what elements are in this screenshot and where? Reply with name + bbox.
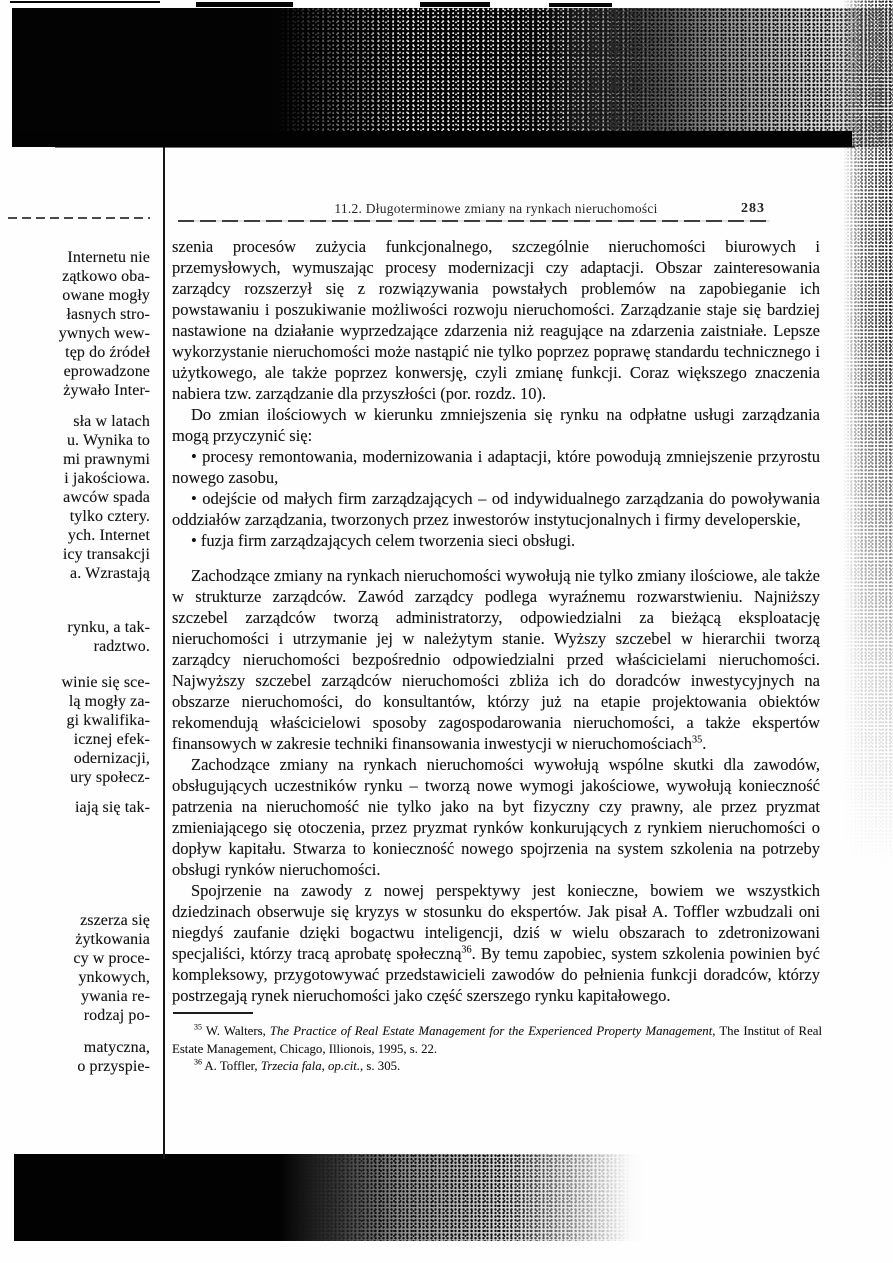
margin-fragment-line: ywania re-: [2, 987, 150, 1006]
margin-fragment-line: awców spada: [2, 488, 150, 507]
scan-noise-grain: [843, 0, 893, 930]
margin-fragment-line: lą mogły za-: [2, 692, 150, 711]
margin-fragment-group: zszerza siężytkowaniacy w proce-ynkowych…: [2, 911, 150, 1025]
margin-fragment-line: ury społecz-: [2, 768, 150, 787]
margin-fragment-line: icy transakcji: [2, 545, 150, 564]
margin-fragment-group: iają się tak-: [2, 798, 150, 817]
margin-fragment-line: rynku, a tak-: [2, 618, 150, 637]
margin-fragment-line: ywnych wew-: [2, 324, 150, 343]
margin-fragment-line: u. Wynika to: [2, 431, 150, 450]
margin-fragment-line: o przyspie-: [2, 1057, 150, 1076]
bullet-item: • procesy remontowania, modernizowania i…: [172, 446, 820, 488]
scan-band-underline: [55, 146, 855, 148]
footnote-marker: 35: [194, 1023, 202, 1032]
paragraph: szenia procesów zużycia funkcjonalnego, …: [172, 236, 820, 404]
body-col: szenia procesów zużycia funkcjonalnego, …: [172, 236, 820, 1006]
margin-fragment-group: matyczna,o przyspie-: [2, 1038, 150, 1076]
margin-fragment-line: mi prawnymi: [2, 450, 150, 469]
paragraph: Zachodzące zmiany na rynkach nieruchomoś…: [172, 754, 820, 880]
scan-noise-right-edge: [843, 0, 893, 930]
margin-fragment-line: iają się tak-: [2, 798, 150, 817]
footnote: 36 A. Toffler, Trzecia fala, op.cit., s.…: [172, 1058, 822, 1076]
margin-fragment-line: Internetu nie: [2, 248, 150, 267]
footnote-ref: 36: [461, 945, 471, 956]
margin-fragment-group: winie się sce-lą mogły za-gi kwalifika-i…: [2, 673, 150, 787]
margin-fragment-line: łasnych stro-: [2, 305, 150, 324]
margin-fragment-line: matyczna,: [2, 1038, 150, 1057]
paragraph: Zachodzące zmiany na rynkach nieruchomoś…: [172, 565, 820, 754]
margin-fragment-line: ych. Internet: [2, 526, 150, 545]
margin-fragment-line: żywało Inter-: [2, 381, 150, 400]
footnote-list: 35 W. Walters, The Practice of Real Esta…: [172, 1023, 822, 1076]
margin-fragment-line: i jakościowa.: [2, 469, 150, 488]
margin-fragment-line: sła w latach: [2, 412, 150, 431]
margin-fragment-line: cy w proce-: [2, 949, 150, 968]
margin-fragment-line: tylko cztery.: [2, 507, 150, 526]
header-rule: [178, 220, 770, 222]
footnote-rule: [173, 1012, 253, 1014]
page-header: 11.2. Długoterminowe zmiany na rynkach n…: [172, 201, 820, 217]
margin-col: Internetu niezątkowo oba-owane mogłyłasn…: [0, 0, 153, 1263]
margin-fragment-line: ynkowych,: [2, 968, 150, 987]
footnote-marker: 36: [194, 1058, 202, 1067]
footnote: 35 W. Walters, The Practice of Real Esta…: [172, 1023, 822, 1058]
margin-fragment-line: radztwo.: [2, 637, 150, 656]
margin-fragment-line: a. Wzrastają: [2, 564, 150, 583]
page-number: 283: [741, 201, 765, 217]
scan-artifact-dash: [549, 3, 612, 7]
margin-fragment-line: owane mogły: [2, 286, 150, 305]
paragraph: Spojrzenie na zawody z nowej perspektywy…: [172, 880, 820, 1006]
footnote-ref: 35: [692, 735, 702, 746]
margin-fragment-line: zszerza się: [2, 911, 150, 930]
margin-fragment-line: icznej efek-: [2, 730, 150, 749]
margin-fragment-line: odernizacji,: [2, 749, 150, 768]
footnotes: 35 W. Walters, The Practice of Real Esta…: [172, 1012, 822, 1076]
margin-fragment-line: gi kwalifika-: [2, 711, 150, 730]
book-page: 11.2. Długoterminowe zmiany na rynkach n…: [0, 0, 893, 1263]
bullet-item: • fuzja firm zarządzających celem tworze…: [172, 530, 820, 551]
margin-fragment-line: rodzaj po-: [2, 1006, 150, 1025]
scan-artifact-dash: [420, 2, 490, 7]
running-head-title: 11.2. Długoterminowe zmiany na rynkach n…: [334, 201, 657, 216]
margin-fragment-line: tęp do źródeł: [2, 343, 150, 362]
paragraph: Do zmian ilościowych w kierunku zmniejsz…: [172, 404, 820, 446]
margin-fragment-group: rynku, a tak-radztwo.: [2, 618, 150, 656]
bullet-item: • odejście od małych firm zarządzających…: [172, 488, 820, 530]
margin-fragment-group: sła w latachu. Wynika tomi prawnymii jak…: [2, 412, 150, 583]
page-gutter-line: [163, 147, 165, 1159]
margin-fragment-group: Internetu niezątkowo oba-owane mogłyłasn…: [2, 248, 150, 400]
margin-fragment-line: eprowadzone: [2, 362, 150, 381]
margin-fragment-line: zątkowo oba-: [2, 267, 150, 286]
margin-fragment-line: winie się sce-: [2, 673, 150, 692]
margin-fragment-line: żytkowania: [2, 930, 150, 949]
scan-artifact-dash: [196, 2, 293, 7]
